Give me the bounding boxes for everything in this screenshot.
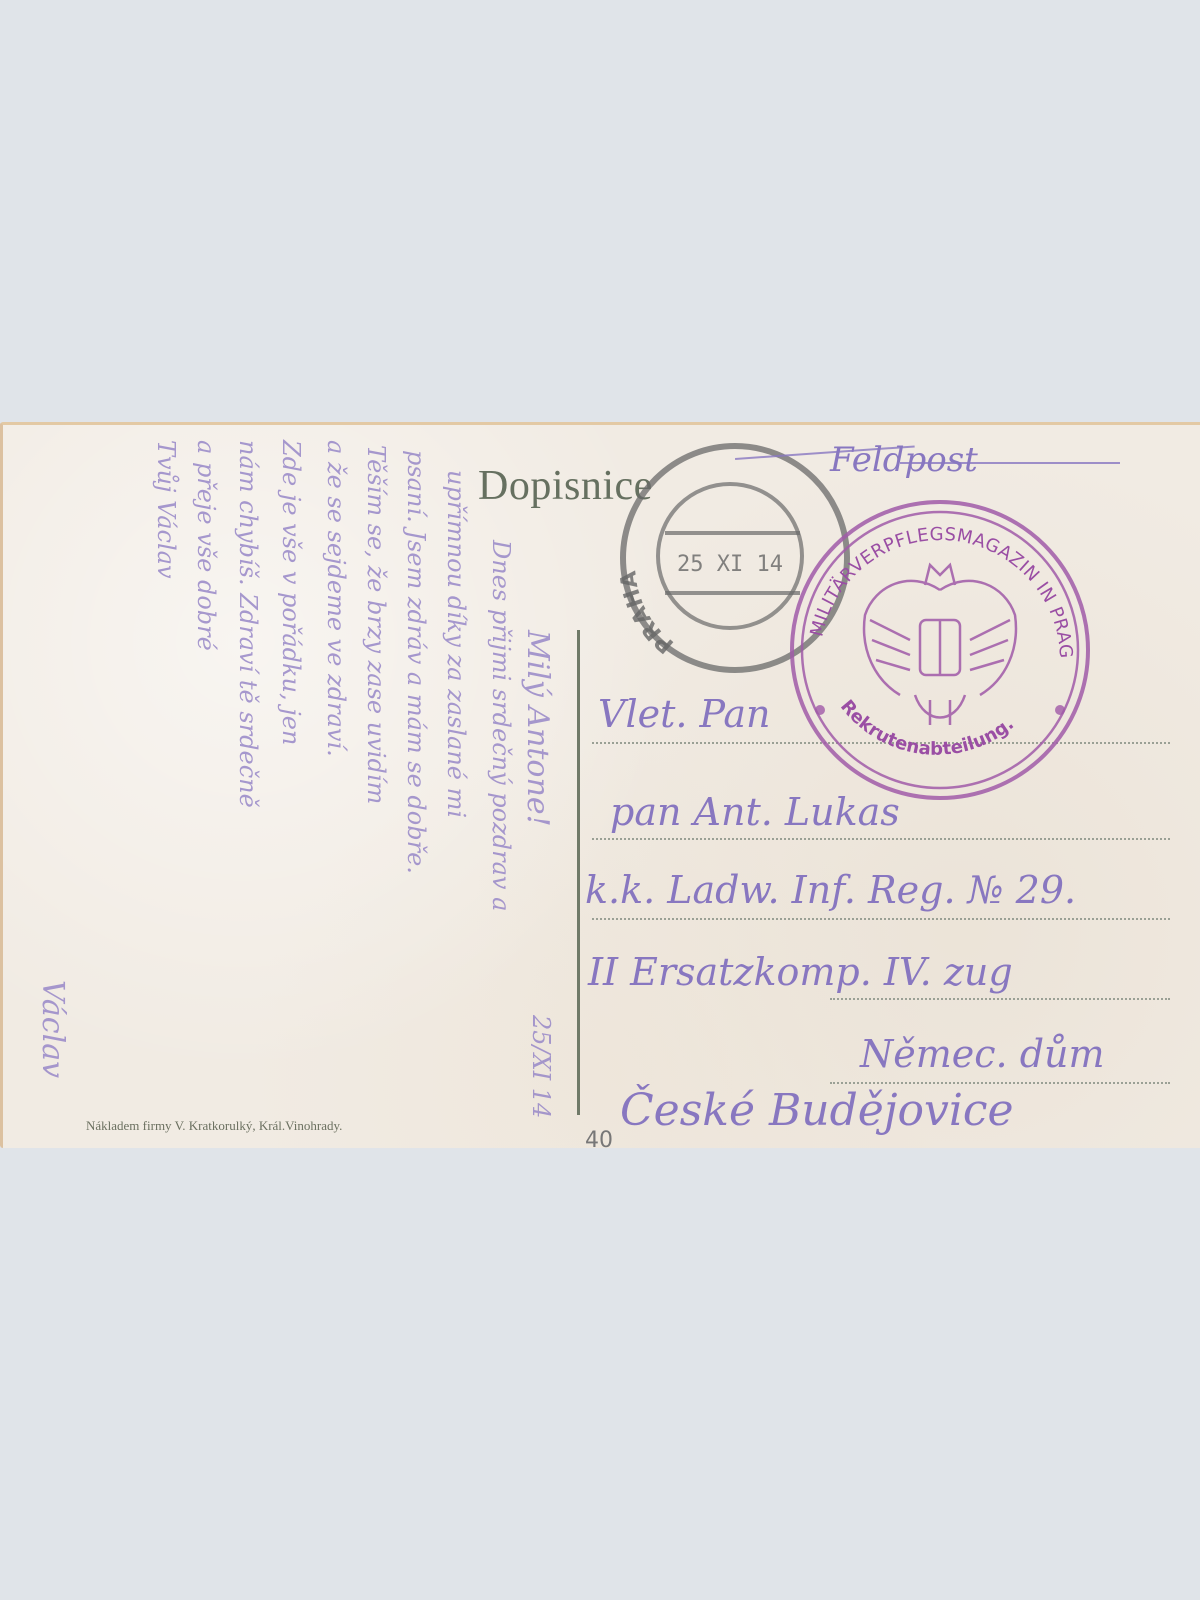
message-line: a přeje vše dobré xyxy=(192,440,220,651)
address-divider xyxy=(577,630,580,1115)
message-signature: Václav xyxy=(35,980,70,1078)
address-line-2: pan Ant. Lukas xyxy=(610,790,900,834)
military-seal-icon: MILITÄRVERPFLEGSMAGAZIN IN PRAG Rekruten… xyxy=(780,490,1100,810)
message-line: Dnes přijmi srdečný pozdrav a xyxy=(487,540,515,911)
strike-line xyxy=(900,462,1120,464)
seal-top-text: MILITÄRVERPFLEGSMAGAZIN IN PRAG xyxy=(806,524,1076,659)
address-line-rule xyxy=(592,838,1170,840)
seal-bottom-text: Rekrutenabteilung. xyxy=(836,696,1018,760)
address-line-5: Němec. dům xyxy=(860,1032,1105,1076)
message-line: a že se sejdeme ve zdraví. xyxy=(322,440,350,757)
svg-text:MILITÄRVERPFLEGSMAGAZIN IN PRA: MILITÄRVERPFLEGSMAGAZIN IN PRAG xyxy=(806,524,1076,659)
address-line-3: k.k. Ladw. Inf. Reg. № 29. xyxy=(585,868,1076,912)
postmark-date: 25 XI 14 xyxy=(677,552,783,577)
message-line: upřímnou díky za zaslané mi xyxy=(442,470,470,818)
address-line-4: II Ersatzkomp. IV. zug xyxy=(588,950,1013,994)
message-line: Těším se, že brzy zase uvidím xyxy=(362,445,390,804)
address-line-rule xyxy=(830,998,1170,1000)
postmark-town: PRAHA xyxy=(616,569,679,657)
address-line-1: Vlet. Pan xyxy=(598,692,771,736)
message-greeting: Milý Antone! xyxy=(520,630,555,827)
svg-text:PRAHA: PRAHA xyxy=(616,569,679,657)
message-line: Zde je vše v pořádku, jen xyxy=(277,440,305,745)
svg-text:Rekrutenabteilung.: Rekrutenabteilung. xyxy=(836,696,1018,760)
message-line: psaní. Jsem zdráv a mám se dobře. xyxy=(402,450,430,874)
message-line: nám chybíš. Zdraví tě srdečně xyxy=(234,440,262,808)
address-line-6: České Budějovice xyxy=(620,1085,1014,1136)
address-line-rule xyxy=(830,1082,1170,1084)
double-eagle-icon xyxy=(864,565,1016,725)
address-line-rule xyxy=(592,918,1170,920)
message-date: 25/XI 14 xyxy=(527,1015,555,1118)
message-line: Tvůj Václav xyxy=(152,440,180,579)
publisher-line: Nákladem firmy V. Kratkorulký, Král.Vino… xyxy=(86,1118,342,1134)
pencil-note: 40 xyxy=(585,1128,613,1153)
